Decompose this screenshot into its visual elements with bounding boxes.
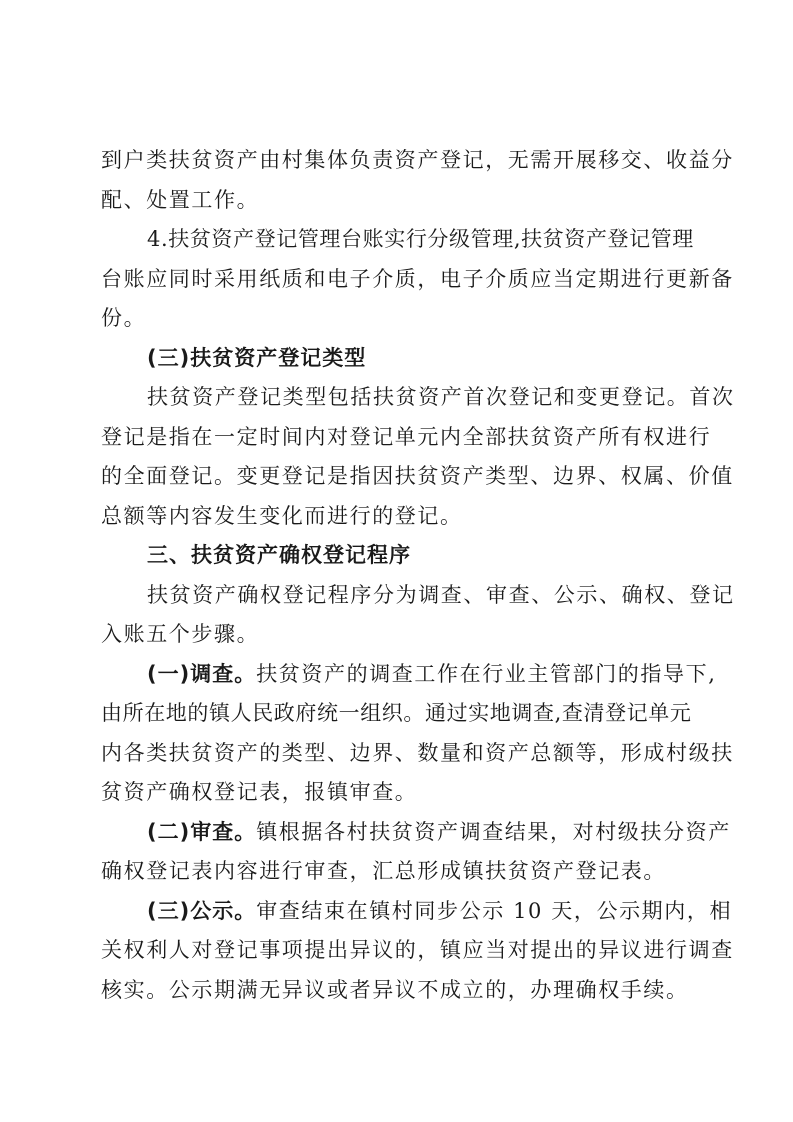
paragraph-text: 审查结束在镇村同步公示 10 天，公示期内，相 [256,899,732,923]
section-heading-procedure: 三、扶贫资产确权登记程序 [101,536,701,576]
document-page: 到户类扶贫资产由村集体负责资产登记，无需开展移交、收益分 配、处置工作。 4.扶… [101,141,701,1010]
paragraph-text: 扶贫资产的调查工作在行业主管部门的指导下, [256,662,716,686]
paragraph-line: 总额等内容发生变化而进行的登记。 [101,497,701,537]
paragraph-line: 确权登记表内容进行审查，汇总形成镇扶贫资产登记表。 [101,852,701,892]
paragraph-line: 到户类扶贫资产由村集体负责资产登记，无需开展移交、收益分 [101,141,701,181]
review-paragraph-first-line: (二)审查。镇根据各村扶贫资产调查结果，对村级扶分资产 [101,813,701,853]
paragraph-line: 扶贫资产登记类型包括扶贫资产首次登记和变更登记。首次 [101,378,701,418]
paragraph-line: 入账五个步骤。 [101,615,701,655]
paragraph-line: 扶贫资产确权登记程序分为调查、审查、公示、确权、登记 [101,576,701,616]
survey-label: (一)调查。 [147,662,256,686]
paragraph-line: 贫资产确权登记表，报镇审查。 [101,773,701,813]
publicity-paragraph-first-line: (三)公示。审查结束在镇村同步公示 10 天，公示期内，相 [101,892,701,932]
paragraph-line: 份。 [101,299,701,339]
paragraph-line: 登记是指在一定时间内对登记单元内全部扶贫资产所有权进行 [101,418,701,458]
paragraph-line: 4.扶贫资产登记管理台账实行分级管理,扶贫资产登记管理 [101,220,701,260]
section-heading-registration-types: (三)扶贫资产登记类型 [101,339,701,379]
paragraph-line: 台账应同时采用纸质和电子介质，电子介质应当定期进行更新备 [101,260,701,300]
review-label: (二)审查。 [147,820,256,844]
publicity-label: (三)公示。 [147,899,256,923]
paragraph-text: 镇根据各村扶贫资产调查结果，对村级扶分资产 [256,820,731,844]
paragraph-line: 的全面登记。变更登记是指因扶贫资产类型、边界、权属、价值 [101,457,701,497]
paragraph-line: 关权利人对登记事项提出异议的，镇应当对提出的异议进行调查 [101,931,701,971]
paragraph-line: 配、处置工作。 [101,181,701,221]
survey-paragraph-first-line: (一)调查。扶贫资产的调查工作在行业主管部门的指导下, [101,655,701,695]
paragraph-line: 内各类扶贫资产的类型、边界、数量和资产总额等，形成村级扶 [101,734,701,774]
paragraph-line: 核实。公示期满无异议或者异议不成立的，办理确权手续。 [101,971,701,1011]
paragraph-line: 由所在地的镇人民政府统一组织。通过实地调查,查清登记单元 [101,694,701,734]
